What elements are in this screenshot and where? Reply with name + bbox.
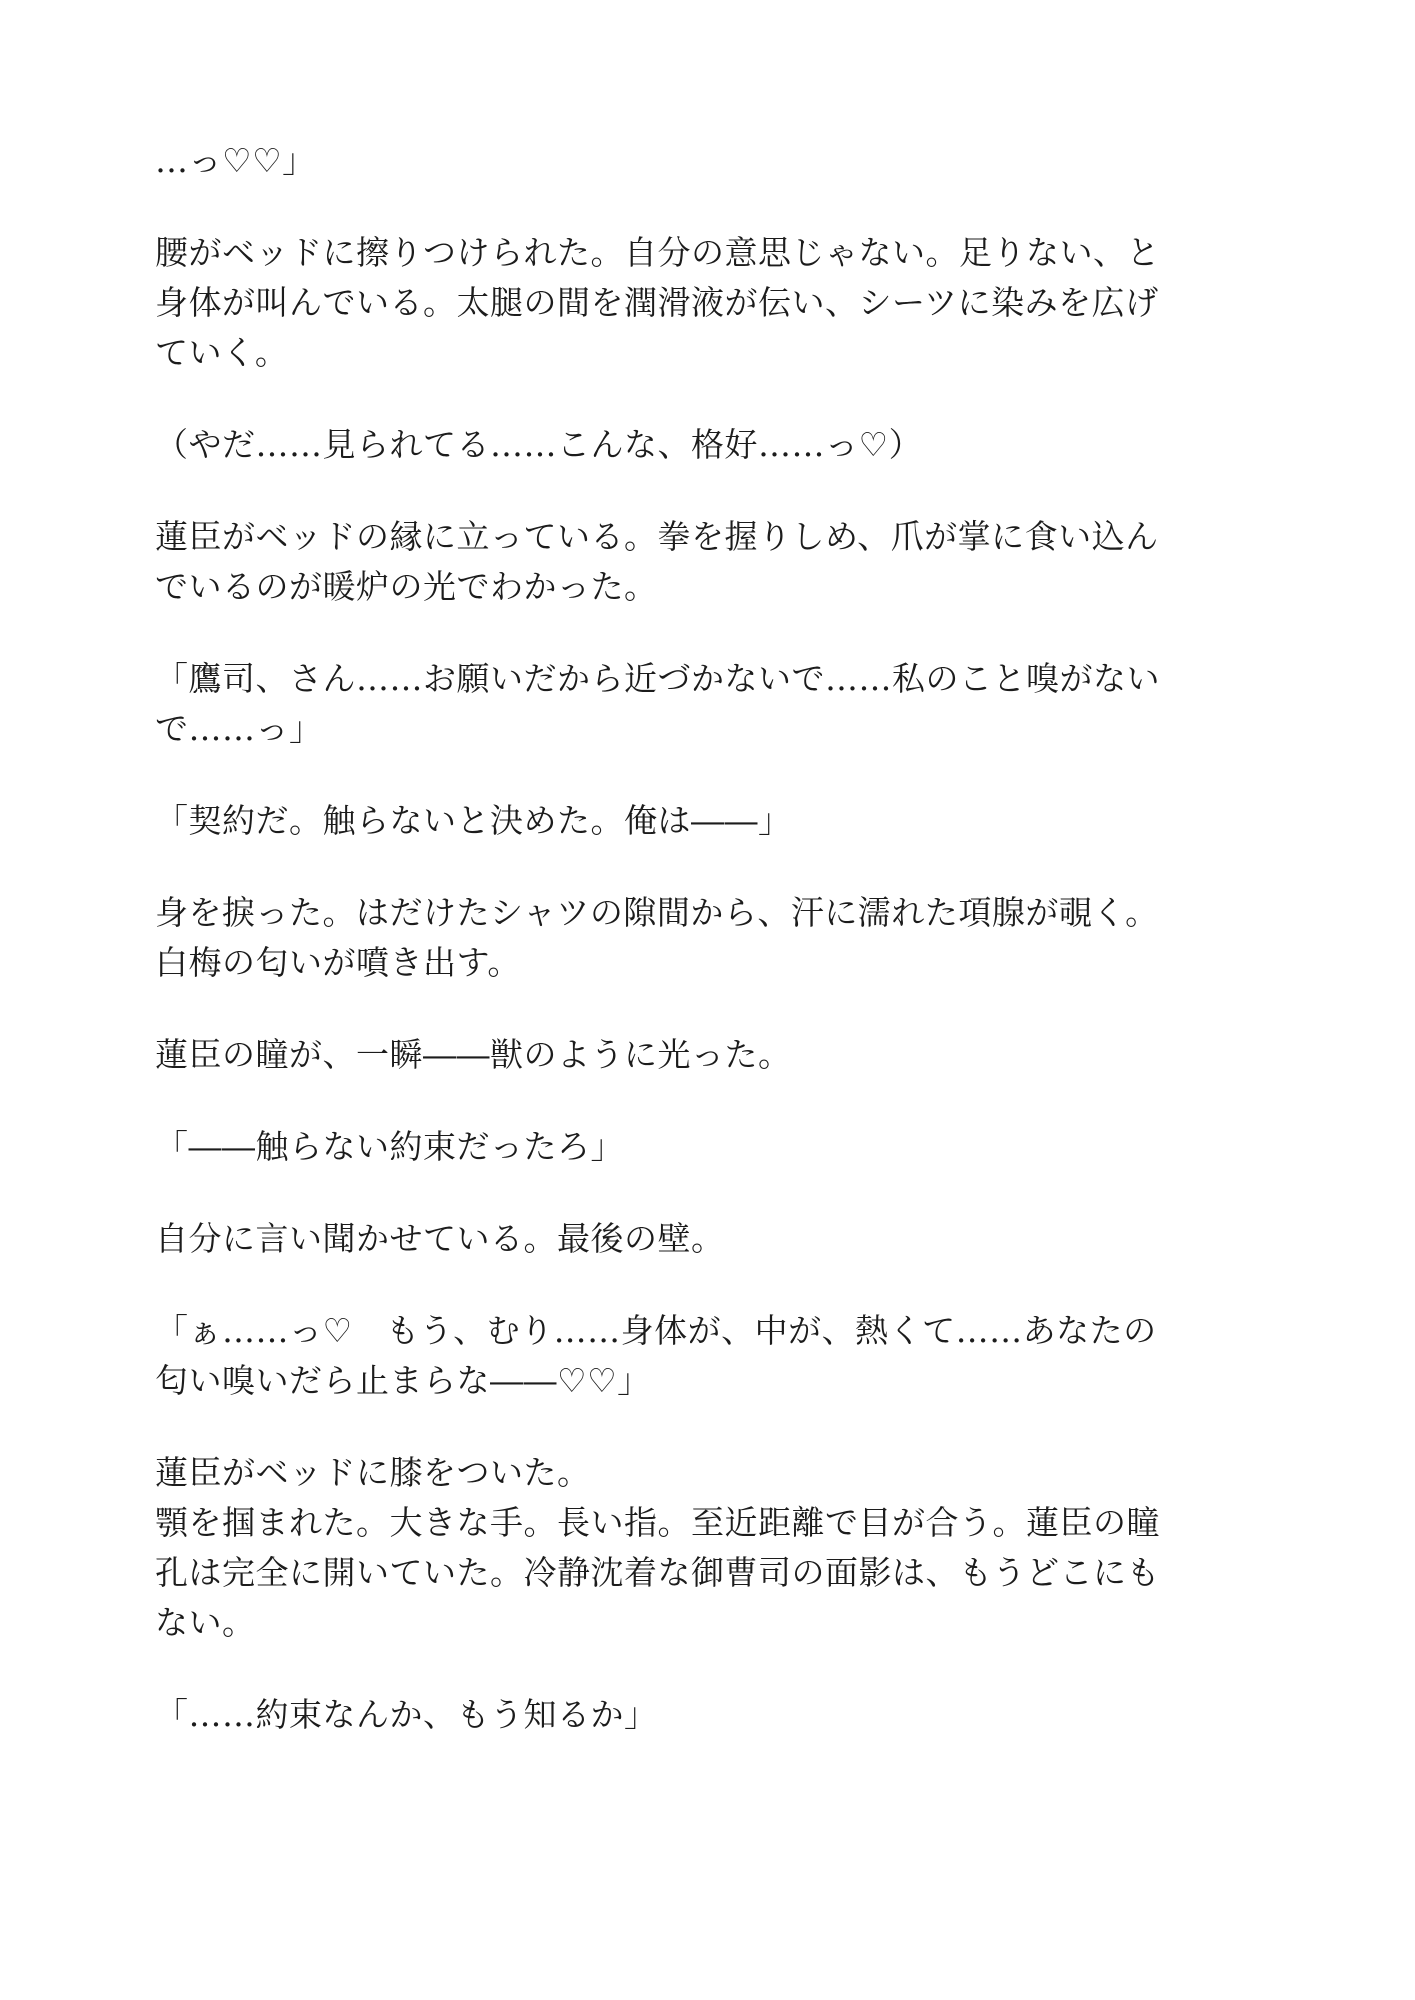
text-line: 蓮臣の瞳が、一瞬――獣のように光った。 xyxy=(155,1030,1165,1080)
document-page: …っ♡♡」腰がベッドに擦りつけられた。自分の意思じゃない。足りない、と身体が叫ん… xyxy=(0,0,1415,2000)
page-paragraphs: …っ♡♡」腰がベッドに擦りつけられた。自分の意思じゃない。足りない、と身体が叫ん… xyxy=(155,136,1165,1740)
paragraph: 「契約だ。触らないと決めた。俺は――」 xyxy=(155,796,1165,846)
text-line: 匂い嗅いだら止まらな――♡♡」 xyxy=(155,1356,1165,1406)
paragraph: 腰がベッドに擦りつけられた。自分の意思じゃない。足りない、と身体が叫んでいる。太… xyxy=(155,228,1165,378)
text-line: 「ぁ……っ♡ もう、むり……身体が、中が、熱くて……あなたの xyxy=(155,1306,1165,1356)
text-line: 身体が叫んでいる。太腿の間を潤滑液が伝い、シーツに染みを広げ xyxy=(155,278,1165,328)
paragraph: 蓮臣がベッドに膝をついた。顎を掴まれた。大きな手。長い指。至近距離で目が合う。蓮… xyxy=(155,1448,1165,1648)
text-line: 自分に言い聞かせている。最後の壁。 xyxy=(155,1214,1165,1264)
text-line: 「――触らない約束だったろ」 xyxy=(155,1122,1165,1172)
text-line: ていく。 xyxy=(155,328,1165,378)
paragraph: 蓮臣の瞳が、一瞬――獣のように光った。 xyxy=(155,1030,1165,1080)
text-line: 「契約だ。触らないと決めた。俺は――」 xyxy=(155,796,1165,846)
paragraph: 蓮臣がベッドの縁に立っている。拳を握りしめ、爪が掌に食い込んでいるのが暖炉の光で… xyxy=(155,512,1165,612)
text-line: 蓮臣がベッドの縁に立っている。拳を握りしめ、爪が掌に食い込ん xyxy=(155,512,1165,562)
text-line: 顎を掴まれた。大きな手。長い指。至近距離で目が合う。蓮臣の瞳 xyxy=(155,1498,1165,1548)
text-line: 白梅の匂いが噴き出す。 xyxy=(155,938,1165,988)
text-line: で……っ」 xyxy=(155,704,1165,754)
paragraph: 自分に言い聞かせている。最後の壁。 xyxy=(155,1214,1165,1264)
text-line: ない。 xyxy=(155,1598,1165,1648)
text-line: 「鷹司、さん……お願いだから近づかないで……私のこと嗅がない xyxy=(155,654,1165,704)
text-line: 「……約束なんか、もう知るか」 xyxy=(155,1690,1165,1740)
paragraph: 「――触らない約束だったろ」 xyxy=(155,1122,1165,1172)
text-line: 蓮臣がベッドに膝をついた。 xyxy=(155,1448,1165,1498)
paragraph: （やだ……見られてる……こんな、格好……っ♡） xyxy=(155,420,1165,470)
text-line: 身を捩った。はだけたシャツの隙間から、汗に濡れた項腺が覗く。 xyxy=(155,888,1165,938)
paragraph: 身を捩った。はだけたシャツの隙間から、汗に濡れた項腺が覗く。白梅の匂いが噴き出す… xyxy=(155,888,1165,988)
paragraph: 「……約束なんか、もう知るか」 xyxy=(155,1690,1165,1740)
paragraph: …っ♡♡」 xyxy=(155,136,1165,186)
text-line: …っ♡♡」 xyxy=(155,136,1165,186)
paragraph: 「鷹司、さん……お願いだから近づかないで……私のこと嗅がないで……っ」 xyxy=(155,654,1165,754)
text-line: 腰がベッドに擦りつけられた。自分の意思じゃない。足りない、と xyxy=(155,228,1165,278)
text-line: でいるのが暖炉の光でわかった。 xyxy=(155,562,1165,612)
text-line: 孔は完全に開いていた。冷静沈着な御曹司の面影は、もうどこにも xyxy=(155,1548,1165,1598)
paragraph: 「ぁ……っ♡ もう、むり……身体が、中が、熱くて……あなたの匂い嗅いだら止まらな… xyxy=(155,1306,1165,1406)
text-line: （やだ……見られてる……こんな、格好……っ♡） xyxy=(155,420,1165,470)
